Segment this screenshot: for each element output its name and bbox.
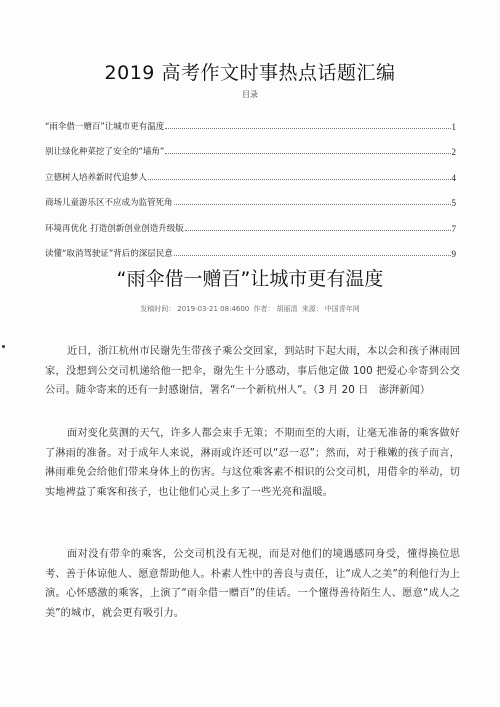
toc-entry-label: 商场儿童游乐区不应成为监管死角 bbox=[45, 196, 174, 208]
toc-leader-dots bbox=[185, 229, 451, 231]
toc-entry-page: 7 bbox=[451, 224, 457, 234]
toc-entry-label: 环境再优化 打造创新创业创造升级版 bbox=[45, 222, 185, 234]
toc-heading: 目录 bbox=[0, 89, 500, 100]
article-meta: 发稿时间：2019-03-21 08:4600 作者：胡丽清 来源：中国青年网 bbox=[0, 304, 500, 314]
toc-leader-dots bbox=[165, 152, 450, 154]
toc-entry-page: 1 bbox=[451, 122, 457, 132]
publish-time: 2019-03-21 08:4600 bbox=[177, 305, 249, 313]
toc-entry-label: 读懂“取消驾驶证”背后的深层民意 bbox=[45, 247, 174, 259]
article-paragraph: 面对没有带伞的乘客，公交司机没有无视，而是对他们的境遇感同身受，懂得换位思考、善… bbox=[45, 545, 460, 623]
toc-entry-label: “雨伞借一赠百”让城市更有温度 bbox=[45, 120, 165, 132]
toc-entry-page: 4 bbox=[451, 173, 457, 183]
toc-entry[interactable]: 别让绿化种菜挖了安全的“墙角” 2 bbox=[45, 132, 456, 158]
toc-entry-page: 2 bbox=[451, 147, 457, 157]
toc-entry[interactable]: 环境再优化 打造创新创业创造升级版 7 bbox=[45, 208, 456, 234]
author-label: 作者： bbox=[254, 305, 275, 313]
toc-entry-label: 别让绿化种菜挖了安全的“墙角” bbox=[45, 145, 165, 157]
toc-entry[interactable]: “雨伞借一赠百”让城市更有温度 1 bbox=[45, 106, 456, 132]
toc-leader-dots bbox=[174, 203, 451, 205]
publish-time-label: 发稿时间： bbox=[140, 305, 175, 313]
toc-entry[interactable]: 商场儿童游乐区不应成为监管死角 5 bbox=[45, 183, 456, 209]
toc-leader-dots bbox=[174, 254, 451, 256]
toc-entry[interactable]: 立德树人培养新时代追梦人 4 bbox=[45, 157, 456, 183]
toc-leader-dots bbox=[148, 178, 450, 180]
article-paragraph: 近日，浙江杭州市民谢先生带孩子乘公交回家，到站时下起大雨，本以会和孩子淋雨回家，… bbox=[45, 342, 460, 401]
article-title: “雨伞借一赠百”让城市更有温度 bbox=[0, 264, 500, 291]
source-name: 中国青年网 bbox=[325, 305, 360, 313]
toc-entry-page: 5 bbox=[451, 198, 457, 208]
toc-entry-page: 9 bbox=[451, 249, 457, 259]
toc-entry[interactable]: 读懂“取消驾驶证”背后的深层民意 9 bbox=[45, 234, 456, 260]
article-paragraph: 面对变化莫测的天气，许多人都会束手无策；不期而至的大雨，让毫无准备的乘客做好了淋… bbox=[45, 424, 460, 502]
author-name: 胡丽清 bbox=[277, 305, 298, 313]
toc-entry-label: 立德树人培养新时代追梦人 bbox=[45, 171, 148, 183]
document-title: 2019 高考作文时事热点话题汇编 bbox=[0, 58, 500, 85]
bullet-marker-icon bbox=[2, 345, 5, 348]
source-label: 来源： bbox=[302, 305, 323, 313]
table-of-contents: “雨伞借一赠百”让城市更有温度 1 别让绿化种菜挖了安全的“墙角” 2 立德树人… bbox=[45, 106, 456, 259]
toc-leader-dots bbox=[165, 127, 450, 129]
